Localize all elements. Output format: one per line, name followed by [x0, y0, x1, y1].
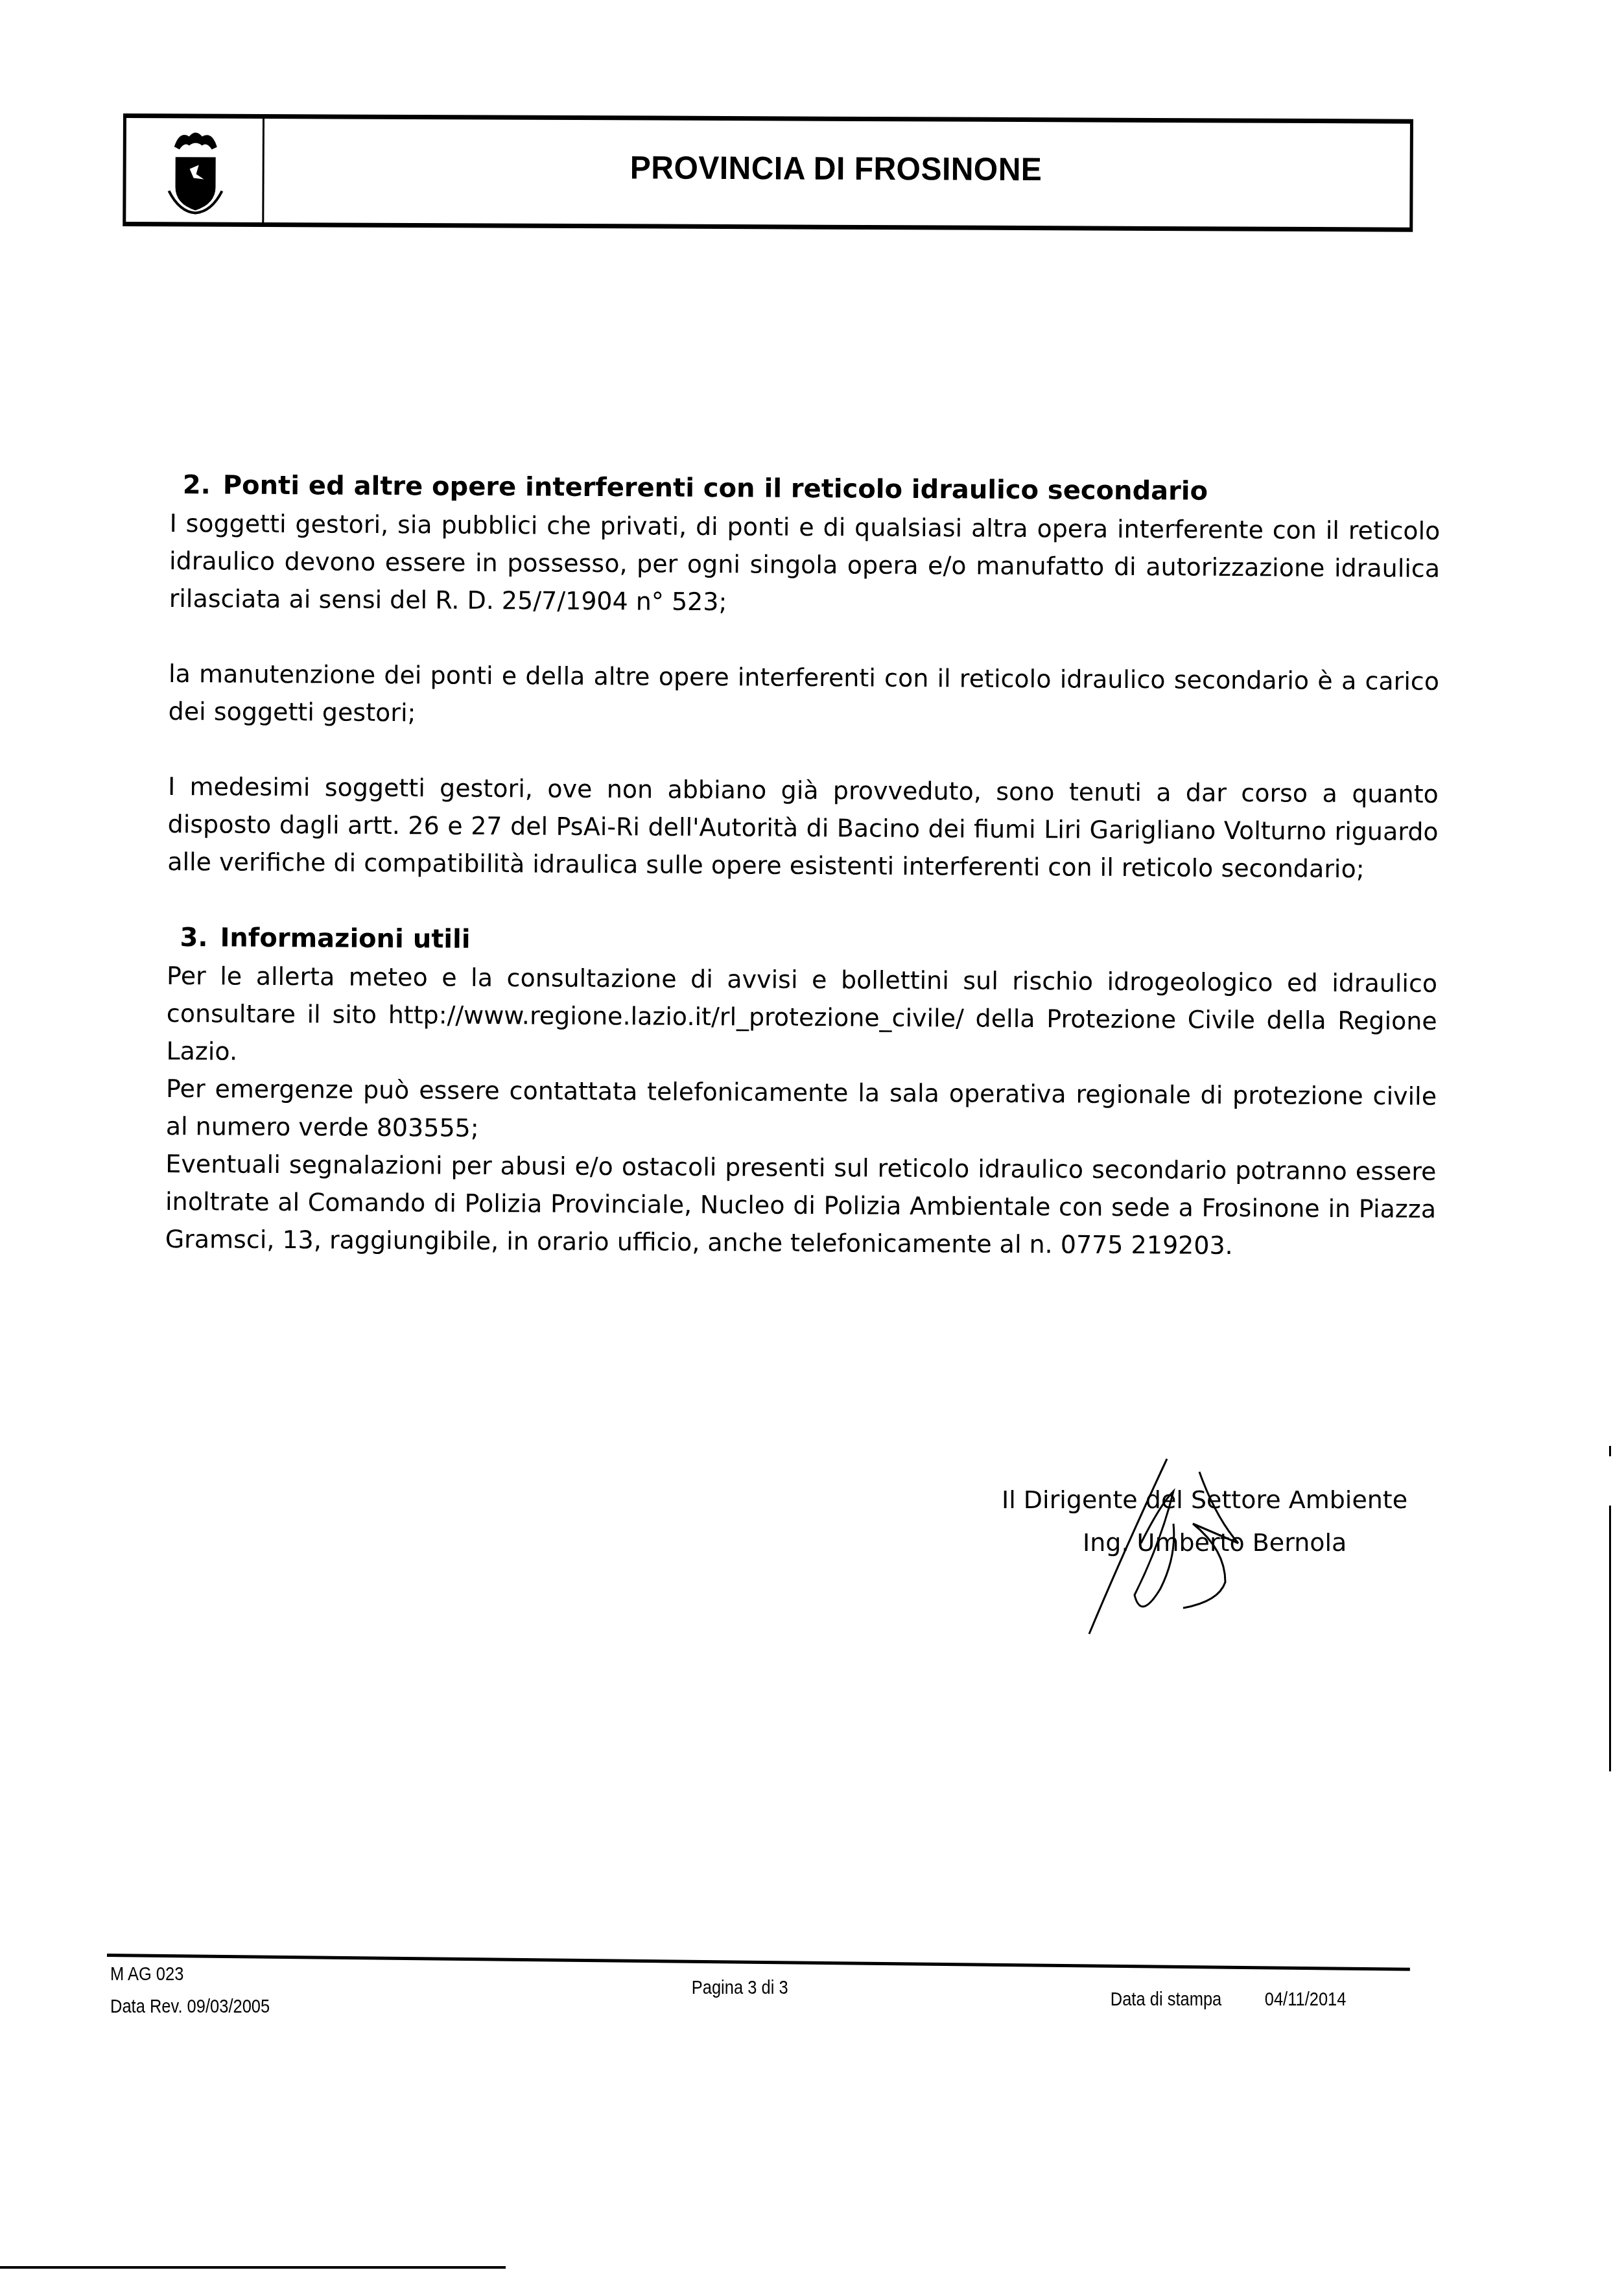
signatory-role: Il Dirigente del Settore Ambiente: [1002, 1478, 1455, 1521]
scan-margin-mark: [1609, 1446, 1611, 1456]
signatory-name: Ing. Umberto Bernola: [1002, 1521, 1455, 1564]
print-date: 04/11/2014: [1265, 1989, 1347, 2011]
paragraph-verifiche: I medesimi soggetti gestori, ove non abb…: [167, 768, 1439, 888]
section-number: 2.: [170, 466, 223, 504]
section-heading: Ponti ed altre opere interferenti con il…: [223, 471, 1208, 506]
paragraph-segnalazioni: Eventuali segnalazioni per abusi e/o ost…: [165, 1145, 1437, 1266]
paragraph-allerta-meteo: Per le allerta meteo e la consultazione …: [166, 957, 1437, 1078]
signature-block: Il Dirigente del Settore Ambiente Ing. U…: [1002, 1478, 1455, 1564]
scan-edge-line: [0, 2266, 506, 2269]
revision-date: Data Rev. 09/03/2005: [110, 1996, 270, 2018]
logo-cell: [126, 118, 265, 222]
footer-divider: [107, 1954, 1410, 1971]
paragraph-manutenzione: la manutenzione dei ponti e della altre …: [169, 655, 1440, 738]
scan-margin-mark: [1609, 1506, 1611, 1771]
section-number: 3.: [167, 918, 220, 957]
paragraph-autorizzazione: I soggetti gestori, sia pubblici che pri…: [169, 504, 1441, 625]
section-heading: Informazioni utili: [220, 923, 470, 954]
paragraph-emergenze: Per emergenze può essere contattata tele…: [166, 1070, 1437, 1153]
page-title: PROVINCIA DI FROSINONE: [285, 147, 1387, 189]
coat-of-arms-icon: [166, 127, 225, 215]
document-header: PROVINCIA DI FROSINONE: [123, 113, 1413, 232]
print-date-label: Data di stampa: [1111, 1989, 1222, 2011]
page-number: Pagina 3 di 3: [692, 1977, 788, 1999]
form-code: M AG 023: [110, 1963, 183, 1985]
document-body: 2.Ponti ed altre opere interferenti con …: [165, 466, 1441, 1266]
